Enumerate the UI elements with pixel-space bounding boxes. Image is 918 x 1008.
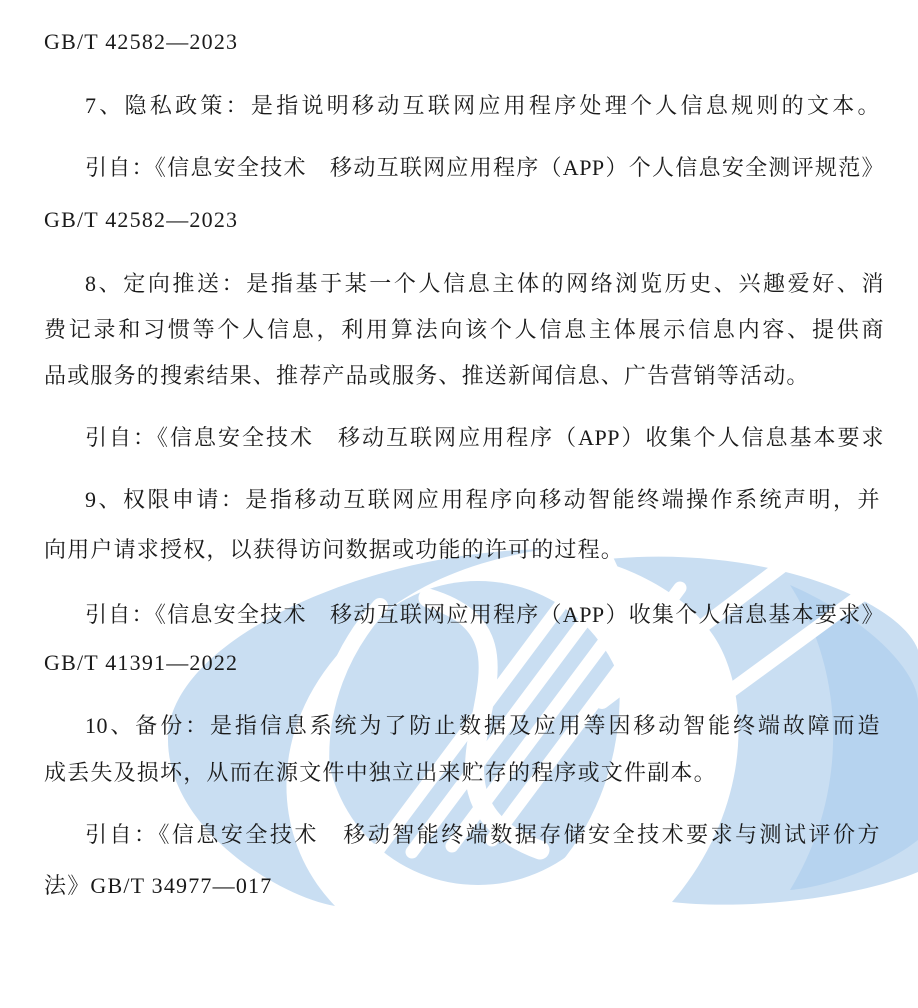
- text-line: 引自：《信息安全技术 移动智能终端数据存储安全技术要求与测试评价方: [85, 821, 880, 849]
- document-body: GB/T 42582—20237、隐私政策：是指说明移动互联网应用程序处理个人信…: [0, 0, 918, 1008]
- text-line: 引自：《信息安全技术 移动互联网应用程序（APP）个人信息安全测评规范》: [85, 154, 884, 182]
- text-line: GB/T 41391—2022: [44, 649, 238, 677]
- document-page: GB/T 42582—20237、隐私政策：是指说明移动互联网应用程序处理个人信…: [0, 0, 918, 1008]
- text-line: 10、备份：是指信息系统为了防止数据及应用等因移动智能终端故障而造: [85, 712, 880, 740]
- text-line: 费记录和习惯等个人信息，利用算法向该个人信息主体展示信息内容、提供商: [44, 316, 884, 344]
- text-line: 向用户请求授权，以获得访问数据或功能的许可的过程。: [44, 536, 624, 564]
- text-line: 引自：《信息安全技术 移动互联网应用程序（APP）收集个人信息基本要求》: [85, 601, 884, 629]
- text-line: 品或服务的搜索结果、推荐产品或服务、推送新闻信息、广告营销等活动。: [44, 362, 810, 390]
- text-line: 法》GB/T 34977—017: [44, 872, 272, 900]
- text-line: 引自：《信息安全技术 移动互联网应用程序（APP）收集个人信息基本要求: [85, 424, 884, 452]
- text-line: 9、权限申请：是指移动互联网应用程序向移动智能终端操作系统声明，并: [85, 486, 880, 514]
- text-line: GB/T 42582—2023: [44, 28, 238, 56]
- text-line: 成丢失及损坏，从而在源文件中独立出来贮存的程序或文件副本。: [44, 759, 717, 787]
- text-line: 8、定向推送：是指基于某一个人信息主体的网络浏览历史、兴趣爱好、消: [85, 270, 884, 298]
- text-line: 7、隐私政策：是指说明移动互联网应用程序处理个人信息规则的文本。: [85, 92, 880, 120]
- text-line: GB/T 42582—2023: [44, 206, 238, 234]
